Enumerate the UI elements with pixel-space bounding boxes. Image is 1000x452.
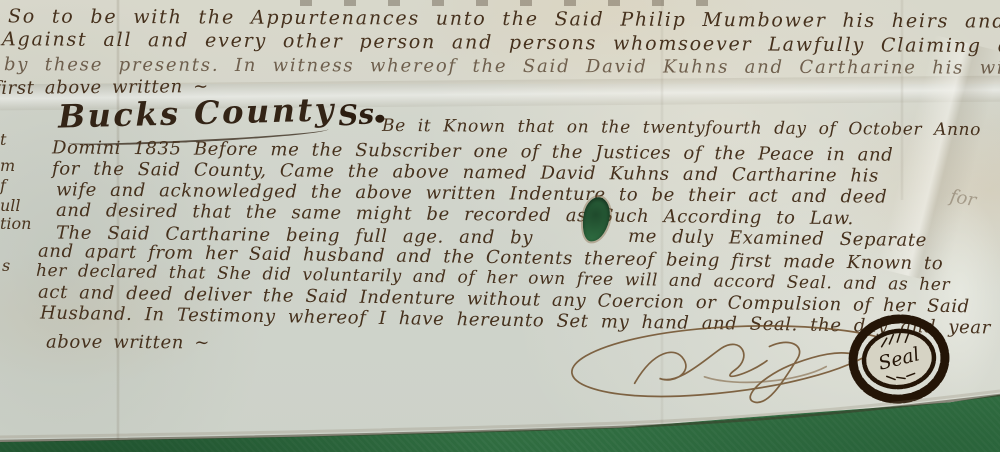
manuscript-line: me duly Examined Separate — [628, 226, 927, 251]
scilicet-text: Ss — [337, 97, 375, 132]
margin-fragment: s — [2, 256, 10, 275]
scilicet-mark: Ss — [337, 96, 385, 132]
margin-fragment: ull — [0, 196, 21, 215]
margin-fragment: t — [0, 130, 6, 149]
parchment-document: So to be with the Appurtenances unto the… — [0, 0, 1000, 452]
margin-fragment: f — [0, 176, 6, 195]
margin-fragment: tion — [0, 214, 31, 233]
county-heading: Bucks County — [58, 90, 337, 135]
faint-pen-mark: for — [948, 186, 977, 211]
manuscript-line: by these presents. In witness whereof th… — [4, 54, 1000, 79]
manuscript-line: Be it Known that on the twentyfourth day… — [382, 116, 981, 140]
hand-drawn-seal: Seal — [841, 307, 956, 412]
cropped-line-remnant — [300, 0, 730, 6]
margin-fragment: m — [0, 156, 15, 175]
manuscript-line: above written ~ — [46, 332, 210, 354]
photo-of-deed: So to be with the Appurtenances unto the… — [0, 0, 1000, 452]
